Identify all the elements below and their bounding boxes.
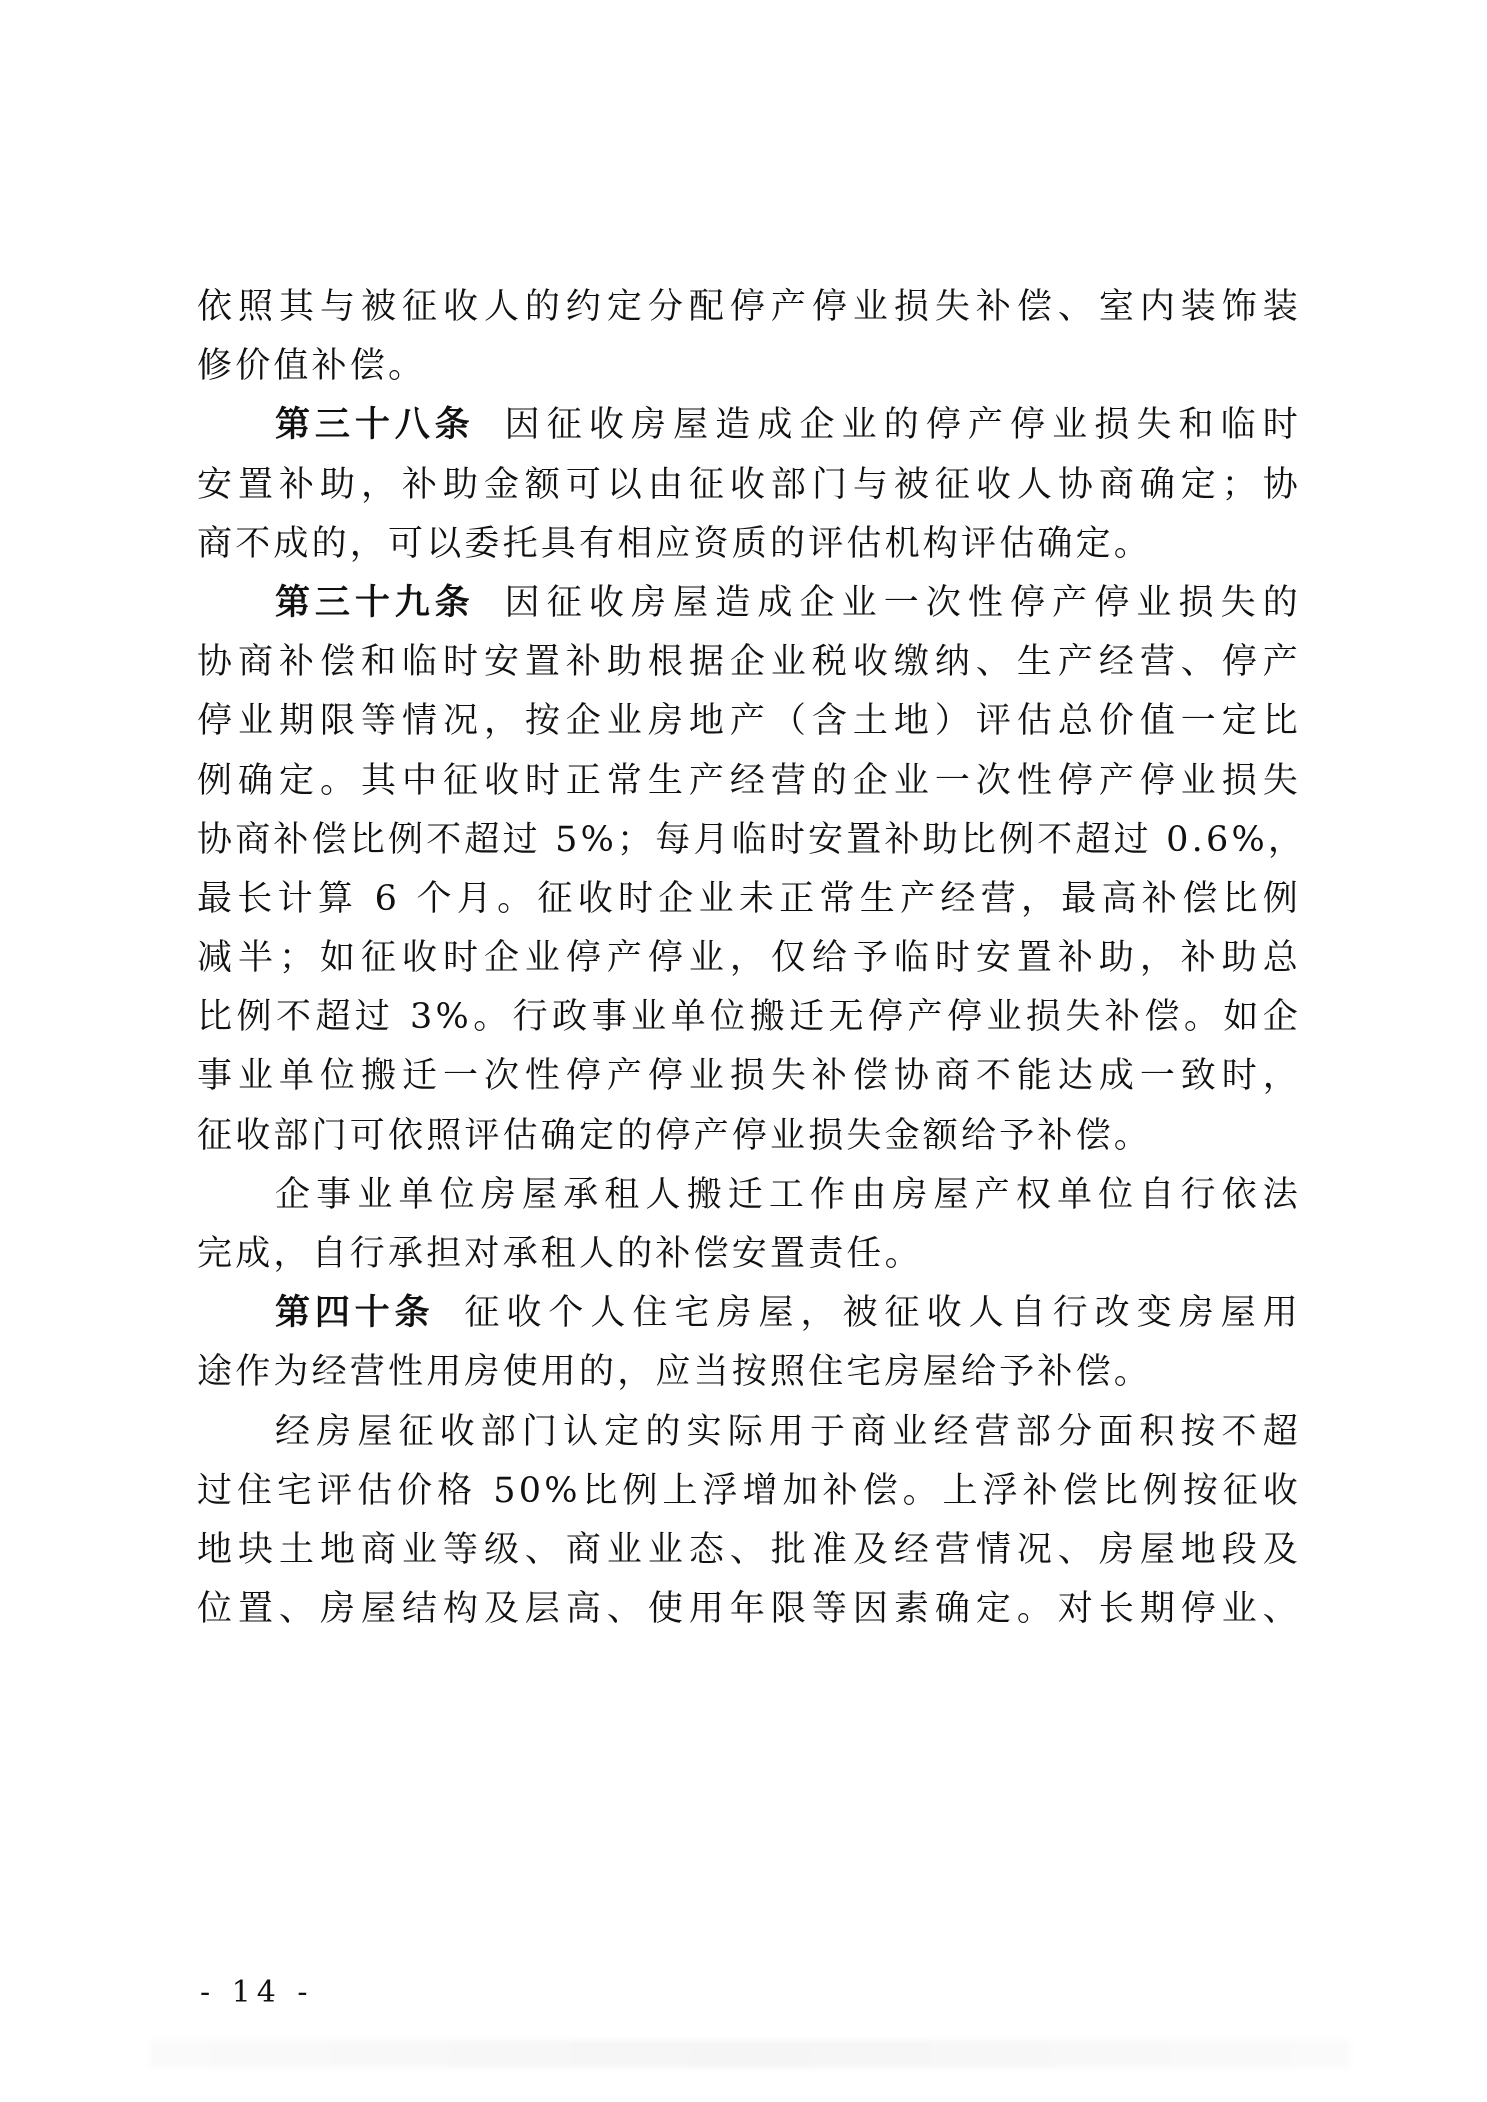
article-number: 第四十条 — [275, 1293, 434, 1333]
article-number: 第三十八条 — [275, 405, 475, 445]
text-line: 征收部门可依照评估确定的停产停业损失金额给予补偿。 — [197, 1107, 1301, 1166]
text-line: 企事业单位房屋承租人搬迁工作由房屋产权单位自行依法 — [197, 1166, 1301, 1225]
text-line: 商不成的，可以委托具有相应资质的评估机构评估确定。 — [197, 515, 1301, 574]
article-40-heading-line: 第四十条征收个人住宅房屋，被征收人自行改变房屋用 — [197, 1284, 1301, 1343]
text-line: 完成，自行承担对承租人的补偿安置责任。 — [197, 1225, 1301, 1284]
text-line: 位置、房屋结构及层高、使用年限等因素确定。对长期停业、 — [197, 1580, 1301, 1639]
page-number: - 14 - — [200, 1975, 314, 2010]
text-line: 过住宅评估价格 50%比例上浮增加补偿。上浮补偿比例按征收 — [197, 1462, 1301, 1521]
text-line: 经房屋征收部门认定的实际用于商业经营部分面积按不超 — [197, 1403, 1301, 1462]
text-line: 事业单位搬迁一次性停产停业损失补偿协商不能达成一致时， — [197, 1047, 1301, 1106]
text-line: 减半；如征收时企业停产停业，仅给予临时安置补助，补助总 — [197, 929, 1301, 988]
text-line: 比例不超过 3%。行政事业单位搬迁无停产停业损失补偿。如企 — [197, 988, 1301, 1047]
text-span: 因征收房屋造成企业一次性停产停业损失的 — [505, 583, 1301, 623]
scan-artifact — [150, 2040, 1350, 2068]
text-span: 因征收房屋造成企业的停产停业损失和临时 — [505, 405, 1301, 445]
text-line: 例确定。其中征收时正常生产经营的企业一次性停产停业损失 — [197, 752, 1301, 811]
text-line: 修价值补偿。 — [197, 337, 1301, 396]
article-38-heading-line: 第三十八条因征收房屋造成企业的停产停业损失和临时 — [197, 396, 1301, 455]
text-line: 安置补助，补助金额可以由征收部门与被征收人协商确定；协 — [197, 456, 1301, 515]
text-line: 停业期限等情况，按企业房地产（含土地）评估总价值一定比 — [197, 692, 1301, 751]
text-line: 最长计算 6 个月。征收时企业未正常生产经营，最高补偿比例 — [197, 870, 1301, 929]
text-line: 途作为经营性用房使用的，应当按照住宅房屋给予补偿。 — [197, 1343, 1301, 1402]
text-line: 协商补偿比例不超过 5%；每月临时安置补助比例不超过 0.6%， — [197, 811, 1301, 870]
text-line: 协商补偿和临时安置补助根据企业税收缴纳、生产经营、停产 — [197, 633, 1301, 692]
document-page: 依照其与被征收人的约定分配停产停业损失补偿、室内装饰装 修价值补偿。 第三十八条… — [0, 0, 1487, 2102]
body-text: 依照其与被征收人的约定分配停产停业损失补偿、室内装饰装 修价值补偿。 第三十八条… — [197, 278, 1301, 1639]
article-number: 第三十九条 — [275, 583, 475, 623]
text-line: 依照其与被征收人的约定分配停产停业损失补偿、室内装饰装 — [197, 278, 1301, 337]
article-39-heading-line: 第三十九条因征收房屋造成企业一次性停产停业损失的 — [197, 574, 1301, 633]
text-span: 征收个人住宅房屋，被征收人自行改变房屋用 — [464, 1293, 1301, 1333]
text-line: 地块土地商业等级、商业业态、批准及经营情况、房屋地段及 — [197, 1521, 1301, 1580]
